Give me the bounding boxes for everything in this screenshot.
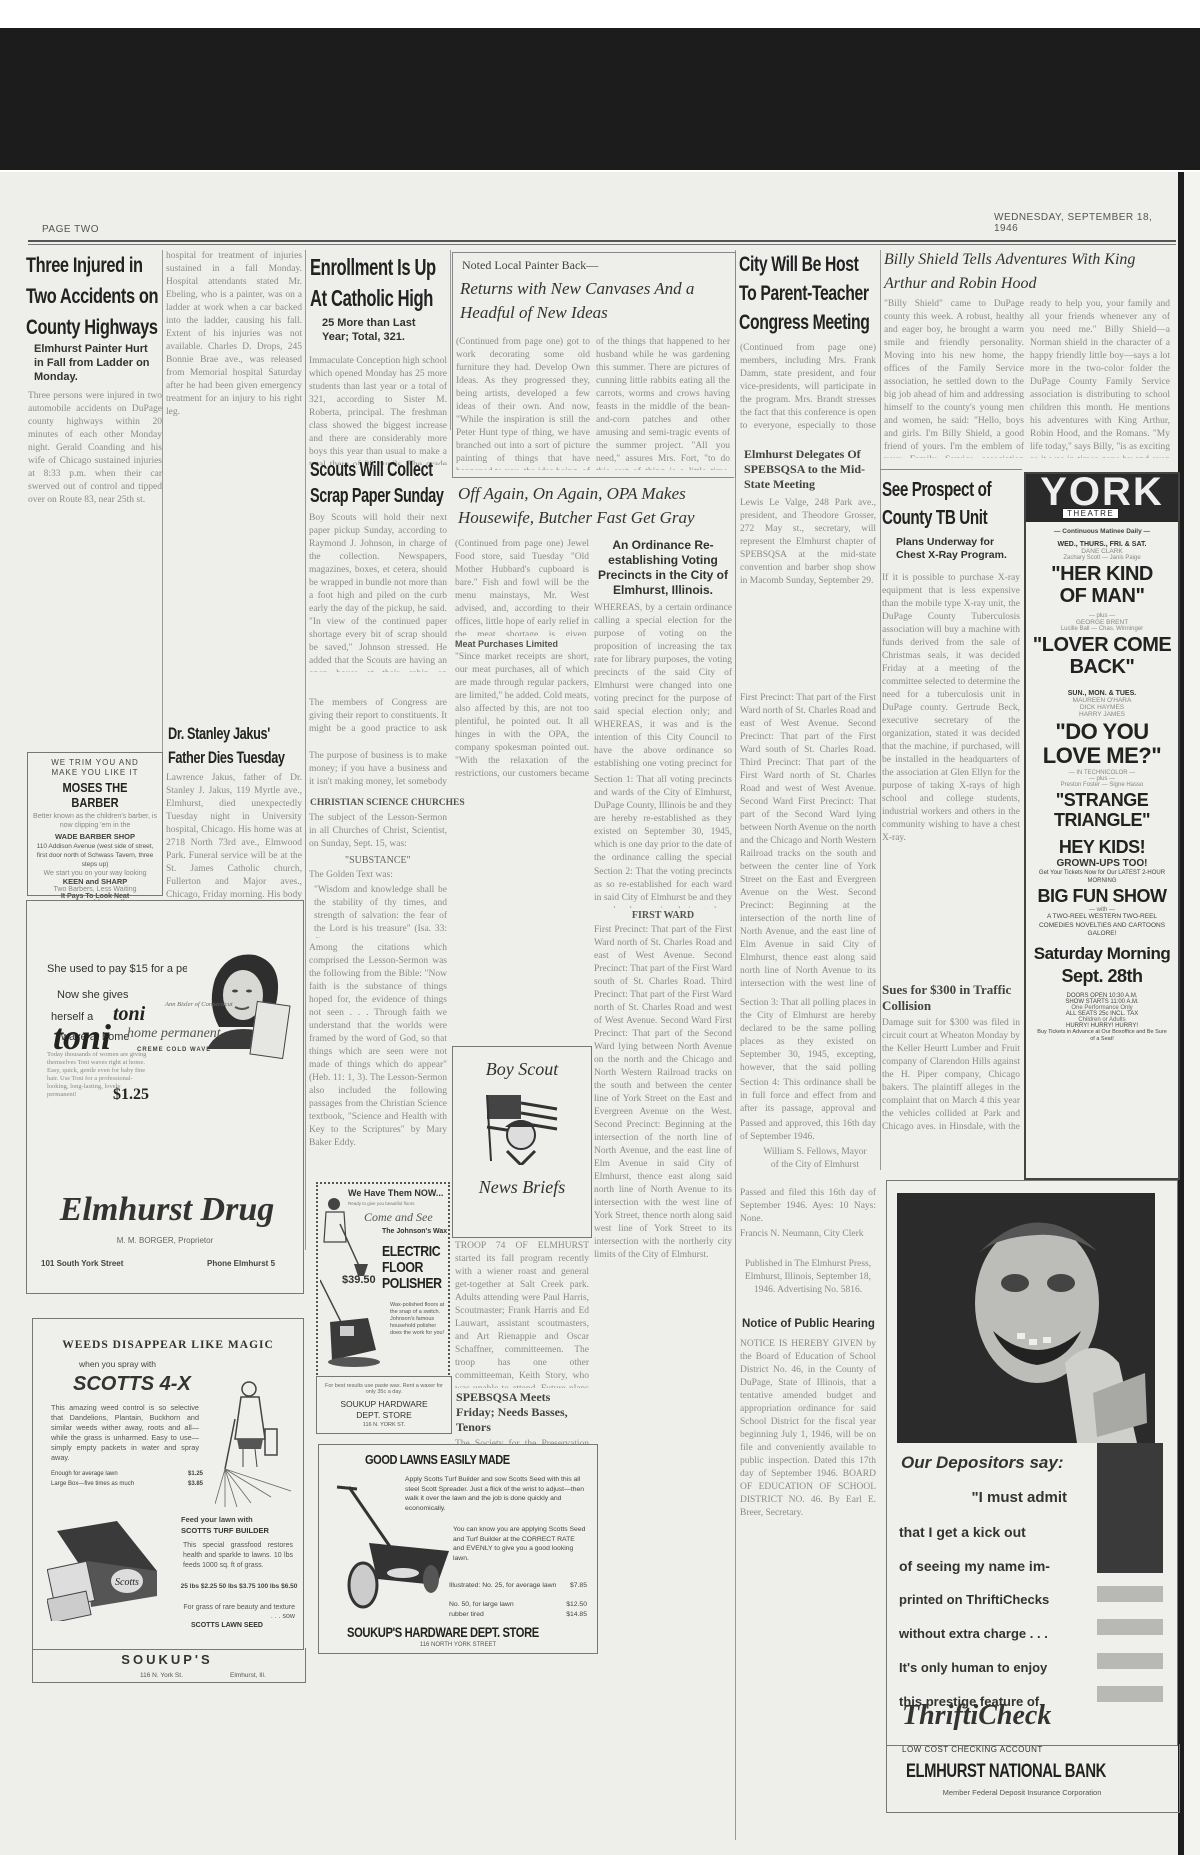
barber-line4: Two Barbers, Less Waiting — [28, 886, 162, 893]
check-stub-icon — [1097, 1653, 1163, 1669]
masthead-rule — [28, 240, 1176, 242]
bank-quote-line: that I get a kick out — [899, 1515, 1067, 1549]
christian-science-intro: The subject of the Lesson-Sermon in all … — [309, 812, 447, 852]
ordinance-clerk: Francis N. Neumann, City Clerk — [740, 1228, 876, 1256]
lawns-store-name: SOUKUP'S HARDWARE DEPT. STORE — [347, 1625, 587, 1640]
filler-congress: The members of Congress are giving their… — [309, 697, 447, 737]
ad-floor-polisher: We Have Them NOW... Ready to give you be… — [316, 1182, 450, 1378]
masthead-rule-thin — [28, 244, 1176, 245]
york-cast-3b: DICK HAYMES — [1026, 704, 1178, 711]
toni-kit-box-icon — [249, 1001, 290, 1059]
article-body-painter: (Continued from page one) got to work de… — [456, 336, 590, 470]
lawns-body2: You can know you are applying Scotts See… — [453, 1525, 587, 1563]
article-body-billy-shield: "Billy Shield" came to DuPage county thi… — [884, 298, 1024, 458]
article-body-scouts-collect: Boy Scouts will hold their next paper pi… — [309, 512, 447, 672]
ad-toni-elmhurst-drug: She used to pay $15 for a permanent— Now… — [26, 900, 304, 1294]
article-body-sues: Damage suit for $300 was filed in circui… — [882, 1017, 1020, 1131]
ad-good-lawns: GOOD LAWNS EASILY MADE Apply Scotts Turf… — [318, 1444, 598, 1654]
scout-briefs-box: Boy Scout News Briefs — [452, 1046, 592, 1238]
bank-quote-line: "I must admit — [899, 1481, 1067, 1515]
headline-jakus: Dr. Stanley Jakus' Father Dies Tuesday — [168, 722, 303, 770]
york-kids: HEY KIDS! — [1026, 836, 1178, 858]
bank-quote-line: without extra charge . . . — [899, 1617, 1067, 1651]
column-rule — [305, 250, 306, 1250]
headline-spebsqsa-meets: SPEBSQSA Meets Friday; Needs Basses, Ten… — [456, 1390, 590, 1435]
article-body-scout-briefs: TROOP 74 OF ELMHURST started its fall pr… — [455, 1240, 589, 1388]
york-cast-1: DANE CLARK — [1026, 548, 1178, 555]
york-days-2: SUN., MON. & TUES. — [1026, 690, 1178, 697]
scotts-turf-prices: 25 lbs $2.25 50 lbs $3.75 100 lbs $6.50 — [179, 1583, 299, 1590]
checkbook-photo — [1097, 1443, 1163, 1573]
york-tickets: Get Your Tickets Now for Our LATEST 2-HO… — [1026, 869, 1178, 885]
ordinance-section-3: Section 3: That all polling places in th… — [740, 997, 876, 1075]
york-cast-3: MAUREEN O'HARA — [1026, 697, 1178, 704]
page-label: PAGE TWO — [42, 224, 99, 235]
bank-brand: ThriftiCheck — [902, 1700, 1051, 1732]
scotts-body: This amazing weed control is so selectiv… — [51, 1403, 199, 1463]
polisher-body: Wax-polished floors at the snap of a swi… — [390, 1302, 448, 1337]
woman-spraying-illustration-icon — [215, 1379, 295, 1509]
article-body-enrollment: Immaculate Conception high school which … — [309, 355, 447, 465]
adjacent-page-edge — [1178, 172, 1200, 1855]
lawns-item-price: $14.85 — [566, 1610, 587, 1619]
bank-quote-line: of seeing my name im- — [899, 1549, 1067, 1583]
article-body-painter-cont: of the things that happened to her husba… — [596, 336, 730, 470]
article-body-tb-unit: If it is possible to purchase X-ray equi… — [882, 572, 1020, 1012]
ad-soukup-hardware: For best results use paste wax. Rent a w… — [316, 1376, 452, 1434]
toni-brand-small: toni — [113, 1003, 145, 1026]
scotts-price: $1.25 — [188, 1471, 203, 1477]
bank-photo — [897, 1193, 1155, 1443]
article-body-notice-hearing: NOTICE IS HEREBY GIVEN by the Board of E… — [740, 1338, 876, 1838]
scotts-price-row: Large Box—five times as much$3.85 — [51, 1481, 203, 1487]
toni-brand-script: home permanent — [127, 1026, 221, 1042]
lawns-item-price: $7.85 — [570, 1581, 587, 1590]
toni-brand-large: toni — [53, 1016, 111, 1058]
headline-spebsqsa-delegates: Elmhurst Delegates Of SPEBSQSA to the Mi… — [744, 447, 878, 492]
barber-keen-sharp: KEEN and SHARP — [28, 877, 162, 886]
polisher-line4: The Johnson's Wax — [382, 1228, 447, 1235]
drug-proprietor: M. M. BORGER, Proprietor — [27, 1236, 303, 1245]
ordinance-section-4: Section 4: This ordinance shall be in fu… — [740, 1077, 876, 1117]
issue-date: WEDNESDAY, SEPTEMBER 18, 1946 — [994, 212, 1178, 234]
newspaper-page: PAGE TWO WEDNESDAY, SEPTEMBER 18, 1946 T… — [0, 172, 1178, 1855]
york-film-3[interactable]: "DO YOU LOVE ME?" — [1026, 718, 1178, 770]
headline-tb-unit: See Prospect of County TB Unit — [882, 476, 1019, 532]
york-film-2[interactable]: "LOVER COME BACK" — [1026, 632, 1178, 680]
toni-line2: Now she gives — [57, 989, 129, 1001]
lawns-price-row: Illustrated: No. 25, for average lawn$7.… — [449, 1581, 587, 1590]
barber-tagline: WE TRIM YOU AND MAKE YOU LIKE IT — [38, 758, 152, 778]
headline-enrollment: Enrollment Is Up At Catholic High — [310, 252, 440, 314]
scotts-price-label: Large Box—five times as much — [51, 1481, 134, 1487]
christian-science-topic: "SUBSTANCE" — [345, 855, 411, 866]
tb-top-rule — [880, 469, 1022, 470]
scotts-headline: WEEDS DISAPPEAR LIKE MAGIC — [33, 1339, 303, 1351]
ad-york-theatre: YORK THEATRE — Continuous Matinee Daily … — [1024, 472, 1180, 1180]
lawns-store-address: 116 NORTH YORK STREET — [319, 1642, 597, 1648]
york-extras: A TWO-REEL WESTERN TWO-REEL COMEDIES NOV… — [1026, 913, 1178, 939]
scan-black-band — [0, 28, 1200, 170]
toni-brand-sub: CREME COLD WAVE — [137, 1047, 211, 1053]
scotts-turf-body: This special grassfood restores health a… — [183, 1541, 293, 1571]
york-grownups: GROWN-UPS TOO! — [1026, 858, 1178, 869]
check-stub-icon — [1097, 1586, 1163, 1602]
bank-ad-footer-frame — [886, 1744, 1180, 1813]
ordinance-published: Published in The Elmhurst Press, Elmhurs… — [740, 1258, 876, 1312]
scotts-line1: when you spray with — [79, 1359, 156, 1369]
scout-briefs-title-bottom: News Briefs — [453, 1177, 591, 1198]
york-date: Sept. 28th — [1026, 965, 1178, 987]
scotts-price-row: Enough for average lawn$1.25 — [51, 1471, 203, 1477]
barber-name: MOSES THE BARBER — [38, 780, 152, 810]
ordinance-precincts: First Precinct: That part of the First W… — [594, 924, 732, 1754]
york-logo: YORK THEATRE — [1026, 474, 1178, 522]
ordinance-precincts-cont: First Precinct: That part of the First W… — [740, 692, 876, 992]
toni-model-caption: Ann Bixler of Connecticut — [165, 1001, 233, 1008]
opa-top-rule — [452, 477, 734, 478]
ad-scotts-4x: WEEDS DISAPPEAR LIKE MAGIC when you spra… — [32, 1318, 304, 1650]
ordinance-filed: Passed and filed this 16th day of Septem… — [740, 1187, 876, 1227]
polisher-footer: For best results use paste wax. Rent a w… — [317, 1383, 451, 1395]
headline-three-injured: Three Injured in Two Accidents on County… — [26, 250, 166, 343]
york-when: Saturday Morning — [1026, 943, 1178, 965]
headline-painter: Returns with New Canvases And a Headful … — [460, 277, 730, 325]
filler-business: The purpose of business is to make money… — [309, 750, 447, 790]
york-days-1: WED., THURS., FRI. & SAT. — [1026, 541, 1178, 548]
york-advance: Buy Tickets in Advance at Our Boxoffice … — [1026, 1029, 1178, 1043]
lawns-item-label: No. 50, for large lawn — [449, 1600, 514, 1609]
ordinance-preamble: WHEREAS, by a certain ordinance calling … — [594, 602, 732, 772]
headline-ordinance: An Ordinance Re-establishing Voting Prec… — [594, 538, 732, 598]
scout-briefs-title-top: Boy Scout — [453, 1059, 591, 1080]
article-body-spebsqsa-delegates: Lewis Le Valge, 248 Park ave., president… — [740, 497, 876, 687]
lawns-price-row: rubber tired$14.85 — [449, 1610, 587, 1619]
article-body-opa-cont: "Since market receipts are short, our me… — [455, 651, 589, 779]
bank-quote: "I must admit that I get a kick out of s… — [899, 1481, 1067, 1719]
lawns-item-label: Illustrated: No. 25, for average lawn — [449, 1581, 556, 1590]
kicker-painter: Noted Local Painter Back— — [462, 258, 598, 273]
scotts-ad-footer-frame — [32, 1648, 306, 1683]
article-body-jakus: Lawrence Jakus, father of Dr. Stanley J.… — [166, 772, 302, 902]
scout-flag-illustration-icon — [483, 1091, 559, 1165]
scotts-seed-line: For grass of rare beauty and texture . .… — [183, 1603, 295, 1621]
ordinance-passed: Passed and approved, this 16th day of Se… — [740, 1118, 876, 1144]
scotts-lawn-seed: SCOTTS LAWN SEED — [191, 1622, 263, 1629]
svg-text:Scotts: Scotts — [115, 1577, 139, 1588]
barber-line5: It Pays To Look Neat — [28, 893, 162, 900]
barber-line3: We start you on your way looking — [28, 870, 162, 877]
subhead-opa: Meat Purchases Limited — [455, 639, 558, 649]
headline-christian-science: CHRISTIAN SCIENCE CHURCHES — [310, 798, 465, 808]
scotts-product: SCOTTS 4-X — [73, 1373, 191, 1396]
golden-text: "Wisdom and knowledge shall be the stabi… — [314, 884, 447, 938]
headline-notice-hearing: Notice of Public Hearing — [742, 1318, 875, 1330]
scotts-turf-builder: SCOTTS TURF BUILDER — [181, 1526, 269, 1535]
york-sub: THEATRE — [1062, 508, 1119, 519]
lawns-item-price: $12.50 — [566, 1600, 587, 1609]
scan-top-margin — [0, 0, 1200, 170]
headline-billy-shield: Billy Shield Tells Adventures With King … — [884, 248, 1174, 296]
scotts-product-box-illustration-icon: Scotts — [47, 1511, 167, 1621]
york-film-1[interactable]: "HER KIND OF MAN" — [1026, 561, 1178, 609]
york-cast-2: GEORGE BRENT — [1026, 619, 1178, 626]
lawns-headline: GOOD LAWNS EASILY MADE — [365, 1453, 586, 1467]
ad-moses-barber: WE TRIM YOU AND MAKE YOU LIKE IT MOSES T… — [27, 752, 163, 896]
york-banner: — Continuous Matinee Daily — — [1026, 528, 1178, 535]
subhead-three-injured: Elmhurst Painter Hurt in Fall from Ladde… — [34, 342, 154, 384]
ordinance-section-1: Section 1: That all voting precincts and… — [594, 774, 732, 864]
headline-scouts-collect: Scouts Will Collect Scrap Paper Sunday — [310, 457, 454, 509]
subhead-enrollment: 25 More than Last Year; Total, 321. — [322, 316, 442, 344]
headline-sues: Sues for $300 in Traffic Collision — [882, 982, 1020, 1014]
ad-elmhurst-national-bank: Our Depositors say: "I must admit that I… — [886, 1180, 1178, 1746]
scotts-feed-line: Feed your lawn with — [181, 1515, 253, 1524]
ward-label: FIRST WARD — [594, 910, 732, 921]
york-film-4[interactable]: "STRANGE TRIANGLE" — [1026, 788, 1178, 832]
check-stub-icon — [1097, 1619, 1163, 1635]
article-body-city-host: (Continued from page one) members, inclu… — [740, 342, 876, 434]
barber-intro: Better known as the children's barber, i… — [32, 812, 158, 830]
ordinance-section-2: Section 2: That the voting precincts as … — [594, 866, 732, 908]
barber-shop-name: WADE BARBER SHOP — [28, 832, 162, 841]
ordinance-mayor: William S. Fellows, Mayor of the City of… — [760, 1146, 870, 1186]
woman-polishing-illustration-icon — [320, 1194, 386, 1374]
article-body-billy-shield-cont: ready to help you, your family and all y… — [1030, 298, 1170, 458]
barber-address: 110 Addison Avenue (west side of street,… — [32, 842, 158, 869]
lawns-item-label: rubber tired — [449, 1610, 484, 1619]
scotts-price: $3.85 — [188, 1481, 203, 1487]
check-stub-icon — [1097, 1686, 1163, 1702]
headline-city-host: City Will Be Host To Parent-Teacher Cong… — [739, 250, 874, 337]
column-rule — [880, 250, 881, 1170]
lawns-price-row: No. 50, for large lawn$12.50 — [449, 1600, 587, 1609]
toni-price: $1.25 — [113, 1086, 149, 1104]
column-rule — [450, 250, 451, 430]
soukup-hardware-name: SOUKUP HARDWARE DEPT. STORE — [317, 1399, 451, 1421]
york-big-show: BIG FUN SHOW — [1026, 885, 1178, 907]
drug-phone: Phone Elmhurst 5 — [207, 1259, 275, 1268]
polisher-product: ELECTRIC FLOOR POLISHER — [382, 1244, 439, 1292]
bank-intro: Our Depositors say: — [901, 1453, 1064, 1473]
lawn-spreader-illustration-icon — [333, 1481, 453, 1611]
york-cast-3c: HARRY JAMES — [1026, 711, 1178, 718]
scotts-price-label: Enough for average lawn — [51, 1471, 118, 1477]
drug-address: 101 South York Street — [41, 1259, 123, 1268]
bank-quote-line: It's only human to enjoy — [899, 1651, 1067, 1685]
bank-quote-line: printed on ThriftiChecks — [899, 1583, 1067, 1617]
subhead-tb-unit: Plans Underway for Chest X-Ray Program. — [896, 536, 1022, 562]
headline-opa: Off Again, On Again, OPA Makes Housewife… — [458, 482, 738, 530]
article-body-three-injured: Three persons were injured in two automo… — [28, 390, 162, 810]
drug-store-name: Elmhurst Drug — [57, 1191, 277, 1229]
soukup-hardware-address: 116 N. YORK ST. — [317, 1422, 451, 1428]
article-body-opa: (Continued from page one) Jewel Food sto… — [455, 538, 589, 636]
golden-text-label: The Golden Text was: — [309, 869, 447, 883]
